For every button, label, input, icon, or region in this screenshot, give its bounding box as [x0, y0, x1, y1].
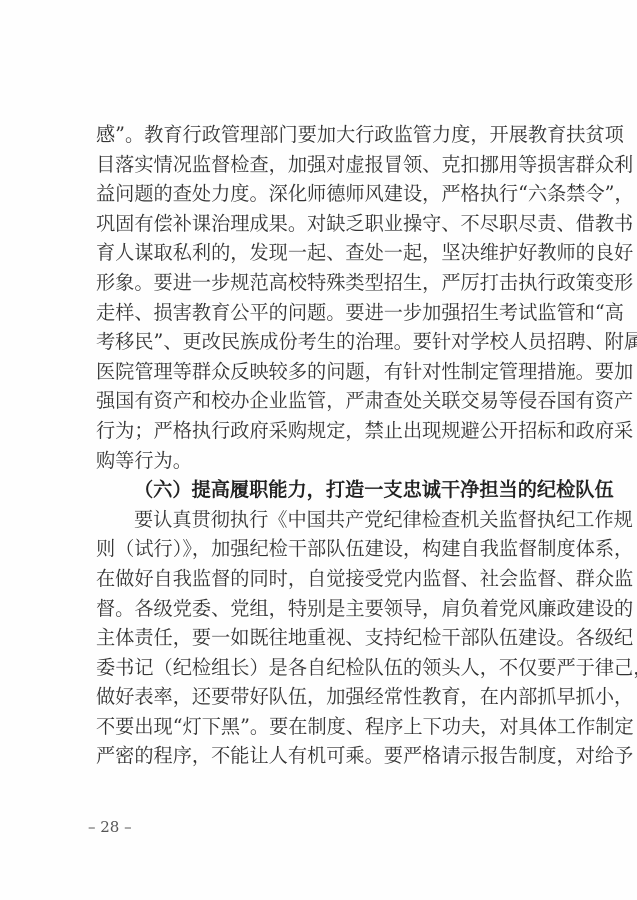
text-line: 则（试行）》，加强纪检干部队伍建设，构建自我监督制度体系， [96, 534, 570, 564]
text-line: 委书记（纪检组长）是各自纪检队伍的领头人，不仅要严于律己， [96, 653, 570, 683]
page-number: – 28 – [88, 818, 132, 836]
text-line: 不要出现“灯下黑”。要在制度、程序上下功夫，对具体工作制定 [96, 712, 570, 742]
text-line: 感”。教育行政管理部门要加大行政监管力度，开展教育扶贫项 [96, 120, 570, 150]
text-line: 主体责任，要一如既往地重视、支持纪检干部队伍建设。各级纪 [96, 623, 570, 653]
text-line: 强国有资产和校办企业监管，严肃查处关联交易等侵吞国有资产 [96, 386, 570, 416]
text-line: 要认真贯彻执行《中国共产党纪律检查机关监督执纪工作规 [96, 505, 570, 535]
text-line: 医院管理等群众反映较多的问题，有针对性制定管理措施。要加 [96, 357, 570, 387]
text-line: 巩固有偿补课治理成果。对缺乏职业操守、不尽职尽责、借教书 [96, 209, 570, 239]
text-line: 形象。要进一步规范高校特殊类型招生，严厉打击执行政策变形 [96, 268, 570, 298]
text-line: 督。各级党委、党组，特别是主要领导，肩负着党风廉政建设的 [96, 594, 570, 624]
text-line: 益问题的查处力度。深化师德师风建设，严格执行“六条禁令”， [96, 179, 570, 209]
text-line: 行为；严格执行政府采购规定，禁止出现规避公开招标和政府采 [96, 416, 570, 446]
document-page: 感”。教育行政管理部门要加大行政监管力度，开展教育扶贫项 目落实情况监督检查，加… [0, 0, 637, 900]
text-line: 育人谋取私利的，发现一起、查处一起，坚决维护好教师的良好 [96, 238, 570, 268]
text-line: 购等行为。 [96, 446, 570, 476]
text-line: 目落实情况监督检查，加强对虚报冒领、克扣挪用等损害群众利 [96, 150, 570, 180]
text-line: 考移民”、更改民族成份考生的治理。要针对学校人员招聘、附属 [96, 327, 570, 357]
text-line: 走样、损害教育公平的问题。要进一步加强招生考试监管和“高 [96, 298, 570, 328]
text-line: 严密的程序，不能让人有机可乘。要严格请示报告制度，对给予 [96, 741, 570, 771]
text-line: 在做好自我监督的同时，自觉接受党内监督、社会监督、群众监 [96, 564, 570, 594]
text-line: 做好表率，还要带好队伍，加强经常性教育，在内部抓早抓小， [96, 682, 570, 712]
section-heading: （六）提高履职能力，打造一支忠诚干净担当的纪检队伍 [96, 475, 570, 505]
body-text: 感”。教育行政管理部门要加大行政监管力度，开展教育扶贫项 目落实情况监督检查，加… [96, 120, 570, 771]
